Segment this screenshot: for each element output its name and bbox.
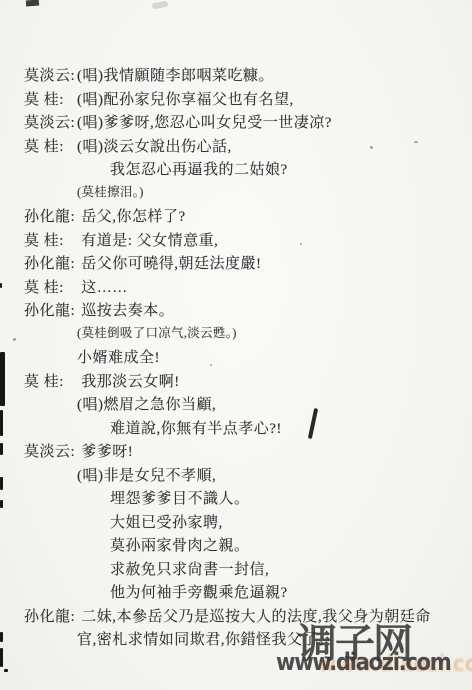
speaker-name: 莫 桂:: [24, 229, 77, 250]
scan-artifact: [118, 419, 120, 421]
script-line: 莫淡云: 爹爹呀!: [24, 440, 133, 461]
script-line: 他为何袖手旁觀乘危逼親?: [110, 581, 288, 602]
scan-artifact: [0, 443, 3, 455]
script-line: 小婿难成全!: [77, 346, 160, 367]
script-line: 难道說,你無有半点孝心?!: [110, 417, 282, 438]
scan-artifact: [4, 669, 8, 672]
script-line: (唱)非是女兒不孝順,: [77, 464, 216, 485]
speaker-name: 莫 桂:: [24, 370, 77, 391]
script-line: 莫 桂:(唱)配孙家兒你享福父也有名望,: [24, 88, 294, 109]
dialogue-text: 岳父,你怎样了?: [77, 209, 186, 225]
scan-artifact: [13, 338, 16, 341]
script-line: 官,密札求情如同欺君,你錯怪我父了。: [77, 628, 334, 649]
dialogue-text: (莫桂擦泪。): [77, 185, 144, 199]
script-line: 孙化龍: 岳父,你怎样了?: [24, 205, 186, 226]
speaker-name: 莫淡云:: [24, 64, 77, 85]
dialogue-text: 这……: [77, 280, 128, 296]
handwritten-ink-mark: [308, 408, 318, 439]
scan-artifact: [414, 141, 418, 143]
script-line: 莫 桂: 这……: [24, 276, 128, 297]
speaker-name: 孙化龍:: [24, 605, 77, 626]
speaker-name: 莫淡云:: [24, 440, 77, 461]
scan-artifact: [0, 410, 3, 436]
scan-artifact: [0, 283, 2, 288]
dialogue-text: 我那淡云女啊!: [77, 374, 180, 390]
dialogue-text: 他为何袖手旁觀乘危逼親?: [110, 585, 288, 601]
dialogue-text: 难道說,你無有半点孝心?!: [110, 421, 282, 437]
script-line: 我怎忍心再逼我的二姑娘?: [110, 158, 288, 179]
script-line: 莫淡云:(唱)爹爹呀,您忍心叫女兒受一世凄凉?: [24, 111, 332, 132]
scan-artifact: [0, 648, 3, 667]
scan-artifact: [0, 352, 5, 406]
dialogue-text: 官,密札求情如同欺君,你錯怪我父了。: [77, 632, 334, 648]
scan-artifact: [300, 243, 302, 245]
script-line: 莫 桂: 我那淡云女啊!: [24, 370, 180, 391]
scan-artifact: [0, 500, 3, 508]
dialogue-text: 爹爹呀!: [77, 444, 133, 460]
script-line: 埋怨爹爹目不識人。: [110, 487, 250, 508]
dialogue-text: (唱)我情願随李郎咽菜吃糠。: [77, 68, 274, 84]
script-line: (唱)燃眉之急你当顧,: [77, 393, 216, 414]
dialogue-text: (唱)淡云女說出伤心話,: [77, 139, 232, 155]
watermark-site-url: www.diaozi.com: [276, 648, 450, 676]
dialogue-text: 我怎忍心再逼我的二姑娘?: [110, 162, 288, 178]
dialogue-text: 巡按去奏本。: [77, 303, 174, 319]
dialogue-text: 有道是: 父女情意重,: [77, 233, 218, 249]
script-line: 莫 桂: 有道是: 父女情意重,: [24, 229, 218, 250]
speaker-name: 孙化龍:: [24, 299, 77, 320]
speaker-name: 孙化龍:: [24, 252, 77, 273]
dialogue-text: (唱)燃眉之急你当顧,: [77, 397, 216, 413]
scan-artifact: [0, 477, 3, 490]
script-line: 大姐已受孙家聘,: [110, 511, 223, 532]
dialogue-text: 大姐已受孙家聘,: [110, 515, 223, 531]
dialogue-text: 岳父你可曉得,朝廷法度嚴!: [77, 256, 262, 272]
script-line: 孙化龍: 岳父你可曉得,朝廷法度嚴!: [24, 252, 262, 273]
script-line: (莫桂擦泪。): [77, 182, 144, 200]
speaker-name: 莫 桂:: [24, 88, 77, 109]
scan-artifact: [26, 0, 39, 6]
dialogue-text: (唱)配孙家兒你享福父也有名望,: [77, 92, 294, 108]
scan-artifact: [370, 146, 373, 149]
dialogue-text: (唱)非是女兒不孝順,: [77, 468, 216, 484]
speaker-name: 莫淡云:: [24, 111, 77, 132]
script-line: 莫淡云:(唱)我情願随李郎咽菜吃糠。: [24, 64, 274, 85]
speaker-name: 莫 桂:: [24, 135, 77, 156]
dialogue-text: 小婿难成全!: [77, 350, 160, 366]
speaker-name: 莫 桂:: [24, 276, 77, 297]
dialogue-text: (莫桂倒吸了口凉气,淡云甦。): [77, 326, 237, 340]
scanned-script-page: 莫淡云:(唱)我情願随李郎咽菜吃糠。莫 桂:(唱)配孙家兒你享福父也有名望,莫淡…: [0, 0, 472, 690]
scan-artifact: [0, 632, 3, 642]
dialogue-text: 求赦免只求尙書一封信,: [110, 562, 269, 578]
script-line: 孙化龍: 巡按去奏本。: [24, 299, 174, 320]
script-line: 莫孙兩家骨肉之親。: [110, 534, 250, 555]
scan-artifact: [210, 364, 212, 366]
dialogue-text: (唱)爹爹呀,您忍心叫女兒受一世凄凉?: [77, 115, 332, 131]
script-line: (莫桂倒吸了口凉气,淡云甦。): [77, 323, 237, 341]
script-line: 莫 桂:(唱)淡云女說出伤心話,: [24, 135, 232, 156]
dialogue-text: 莫孙兩家骨肉之親。: [110, 538, 250, 554]
script-line: 求赦免只求尙書一封信,: [110, 558, 269, 579]
scan-artifact: [152, 1, 169, 10]
speaker-name: 孙化龍:: [24, 205, 77, 226]
dialogue-text: 埋怨爹爹目不識人。: [110, 491, 250, 507]
